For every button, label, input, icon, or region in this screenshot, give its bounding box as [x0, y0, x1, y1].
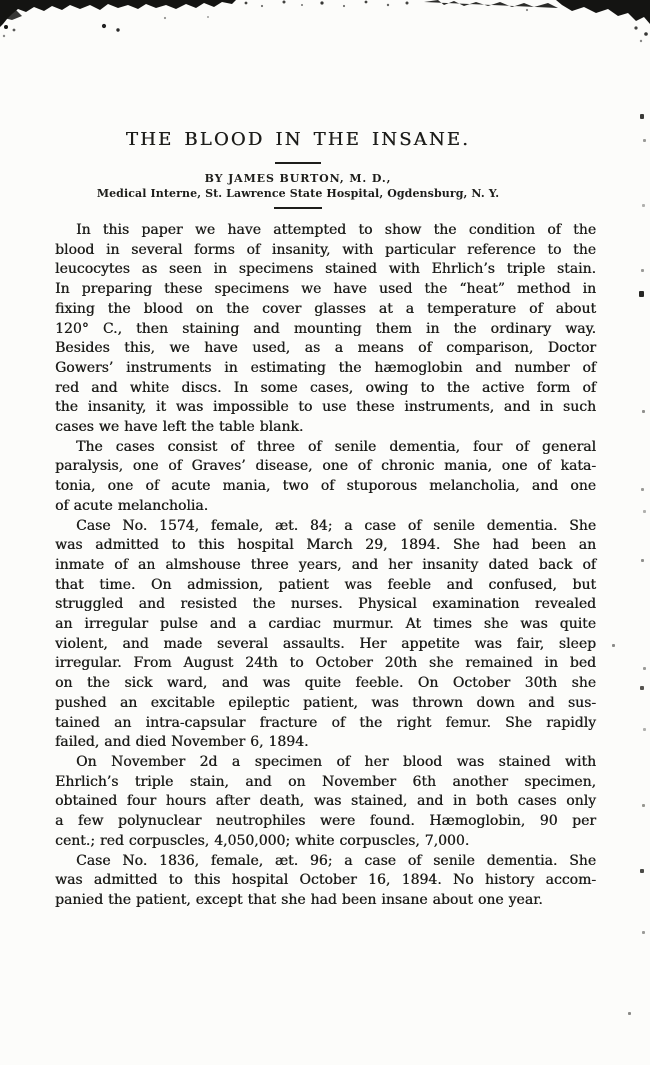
- text-line: In this paper we have attempted to show …: [55, 221, 596, 241]
- byline: BY JAMES BURTON, M. D.,: [28, 172, 568, 185]
- text-line: irregular. From August 24th to October 2…: [55, 654, 596, 674]
- text-line: of acute melancholia.: [55, 497, 596, 517]
- text-line: a few polynuclear neutrophiles were foun…: [55, 812, 596, 832]
- text-line: cent.; red corpuscles, 4,050,000; white …: [55, 832, 596, 852]
- text-line: In preparing these specimens we have use…: [55, 280, 596, 300]
- ink-dots-icon: [98, 21, 138, 37]
- text-line: the insanity, it was impossible to use t…: [55, 398, 596, 418]
- text-line: violent, and made several assaults. Her …: [55, 635, 596, 655]
- text-line: blood in several forms of insanity, with…: [55, 241, 596, 261]
- text-line: failed, and died November 6, 1894.: [55, 733, 596, 753]
- text-line: Ehrlich’s triple stain, and on November …: [55, 773, 596, 793]
- article-body: In this paper we have attempted to show …: [55, 221, 596, 911]
- text-line: Case No. 1836, female, æt. 96; a case of…: [55, 852, 596, 872]
- text-line: that time. On admission, patient was fee…: [55, 576, 596, 596]
- text-line: Gowers’ instruments in estimating the hæ…: [55, 359, 596, 379]
- text-line: The cases consist of three of senile dem…: [55, 438, 596, 458]
- scanned-page: THE BLOOD IN THE INSANE. BY JAMES BURTON…: [0, 0, 650, 1065]
- paragraph: The cases consist of three of senile dem…: [55, 438, 596, 517]
- text-line: inmate of an almshouse three years, and …: [55, 556, 596, 576]
- paragraph: Case No. 1574, female, æt. 84; a case of…: [55, 517, 596, 753]
- text-line: pushed an excitable epileptic patient, w…: [55, 694, 596, 714]
- text-line: Case No. 1574, female, æt. 84; a case of…: [55, 517, 596, 537]
- text-line: was admitted to this hospital March 29, …: [55, 536, 596, 556]
- text-line: tained an intra-capsular fracture of the…: [55, 714, 596, 734]
- text-line: leucocytes as seen in specimens stained …: [55, 260, 596, 280]
- divider-rule-bottom: [274, 207, 322, 209]
- text-line: struggled and resisted the nurses. Physi…: [55, 595, 596, 615]
- text-line: fixing the blood on the cover glasses at…: [55, 300, 596, 320]
- paragraph: In this paper we have attempted to show …: [55, 221, 596, 438]
- text-line: paralysis, one of Graves’ disease, one o…: [55, 457, 596, 477]
- text-line: obtained four hours after death, was sta…: [55, 792, 596, 812]
- page-title: THE BLOOD IN THE INSANE.: [28, 129, 568, 150]
- text-line: tonia, one of acute mania, two of stupor…: [55, 477, 596, 497]
- text-line: panied the patient, except that she had …: [55, 891, 596, 911]
- text-line: on the sick ward, and was quite feeble. …: [55, 674, 596, 694]
- paragraph: Case No. 1836, female, æt. 96; a case of…: [55, 852, 596, 911]
- text-line: cases we have left the table blank.: [55, 418, 596, 438]
- text-line: was admitted to this hospital October 16…: [55, 871, 596, 891]
- text-line: 120° C., then staining and mounting them…: [55, 320, 596, 340]
- paragraph: On November 2d a specimen of her blood w…: [55, 753, 596, 852]
- divider-rule-top: [275, 162, 321, 164]
- text-line: Besides this, we have used, as a means o…: [55, 339, 596, 359]
- text-line: red and white discs. In some cases, owin…: [55, 379, 596, 399]
- text-line: On November 2d a specimen of her blood w…: [55, 753, 596, 773]
- text-line: an irregular pulse and a cardiac murmur.…: [55, 615, 596, 635]
- affiliation: Medical Interne, St. Lawrence State Hosp…: [28, 187, 568, 200]
